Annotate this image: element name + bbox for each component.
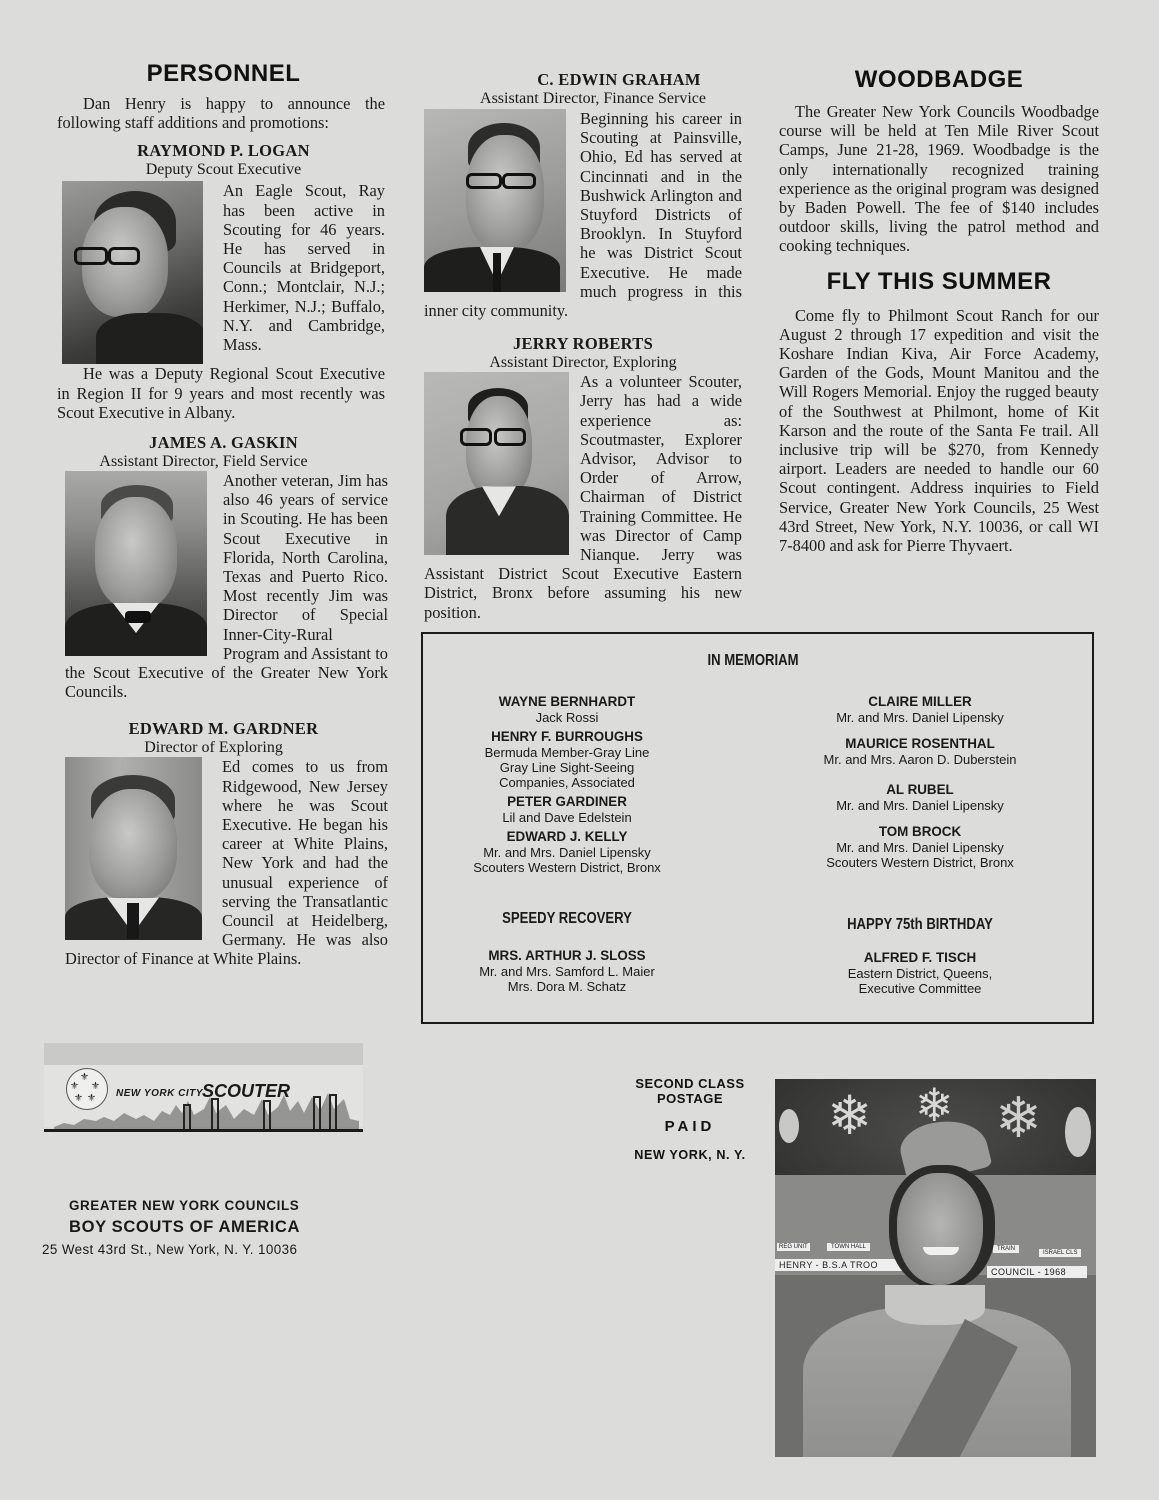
- memoriam-name: AL RUBEL: [795, 782, 1045, 798]
- speedy-recovery-section: SPEEDY RECOVERY MRS. ARTHUR J. SLOSS Mr.…: [449, 910, 685, 994]
- speedy-recovery-donor: Mrs. Dora M. Schatz: [449, 979, 685, 994]
- memoriam-entry: EDWARD J. KELLY Mr. and Mrs. Daniel Lipe…: [449, 829, 685, 875]
- right-column: WOODBADGE The Greater New York Councils …: [779, 66, 1099, 555]
- memoriam-donor: Mr. and Mrs. Daniel Lipensky: [795, 840, 1045, 855]
- postage-line2: POSTAGE: [620, 1091, 760, 1106]
- woodbadge-title: WOODBADGE: [779, 66, 1099, 94]
- birthday-detail: Eastern District, Queens,: [795, 966, 1045, 981]
- memoriam-donor: Bermuda Member-Gray Line: [449, 745, 685, 760]
- speedy-recovery-title: SPEEDY RECOVERY: [470, 910, 664, 928]
- fly-this-summer-title: FLY THIS SUMMER: [779, 268, 1099, 296]
- person-edwin-graham: C. EDWIN GRAHAM Assistant Director, Fina…: [424, 70, 742, 320]
- memoriam-box: IN MEMORIAM WAYNE BERNHARDT Jack Rossi H…: [421, 632, 1094, 1024]
- postage-indicia: SECOND CLASS POSTAGE PAID NEW YORK, N. Y…: [620, 1076, 760, 1162]
- photo-edward-gardner: [65, 757, 202, 940]
- maple-leaf-icon: ❄: [827, 1089, 872, 1143]
- memoriam-donor: Jack Rossi: [449, 710, 685, 725]
- sign-right-small-1: TRAIN: [993, 1245, 1019, 1253]
- sign-left-small-2: TOWN HALL: [827, 1243, 870, 1251]
- skyline-icon: [44, 1091, 363, 1131]
- memoriam-title: IN MEMORIAM: [646, 652, 859, 670]
- person-name: JERRY ROBERTS: [424, 334, 742, 353]
- woodbadge-body: The Greater New York Councils Wood­badge…: [779, 102, 1099, 256]
- memoriam-entry: PETER GARDINER Lil and Dave Edelstein: [449, 794, 685, 825]
- sign-left-small-1: REG UNIT: [777, 1243, 810, 1251]
- personnel-title: PERSONNEL: [42, 60, 405, 88]
- person-bio: An Eagle Scout, Ray has been active in S…: [223, 181, 385, 354]
- birthday-detail: Executive Committee: [795, 981, 1045, 996]
- org-line2: BOY SCOUTS OF AMERICA: [69, 1217, 370, 1237]
- photo-james-gaskin: [65, 471, 207, 656]
- memoriam-right-list: CLAIRE MILLER Mr. and Mrs. Daniel Lipens…: [795, 694, 1045, 879]
- person-james-gaskin: JAMES A. GASKIN Assistant Director, Fiel…: [62, 433, 385, 701]
- memoriam-donor: Lil and Dave Edelstein: [449, 810, 685, 825]
- memoriam-donor: Gray Line Sight-Seeing: [449, 760, 685, 775]
- memoriam-name: EDWARD J. KELLY: [449, 829, 685, 845]
- sign-right-small-2: ISRAEL CLS: [1039, 1249, 1081, 1257]
- person-role: Deputy Scout Executive: [62, 160, 385, 179]
- scout-photo: ❄ ❄ ❄ REG UNIT TOWN HALL HENRY - B.S.A T…: [775, 1079, 1096, 1457]
- person-bio-continued: He was a Deputy Regional Scout Execu­tiv…: [57, 364, 385, 422]
- memoriam-donor: Mr. and Mrs. Daniel Lipensky: [449, 845, 685, 860]
- memoriam-donor: Mr. and Mrs. Daniel Lipensky: [795, 798, 1045, 813]
- speedy-recovery-name: MRS. ARTHUR J. SLOSS: [449, 948, 685, 964]
- memoriam-name: CLAIRE MILLER: [795, 694, 1045, 710]
- memoriam-entry: MAURICE ROSENTHAL Mr. and Mrs. Aaron D. …: [795, 736, 1045, 767]
- memoriam-donor: Scouters Western District, Bronx: [449, 860, 685, 875]
- person-role: Assistant Director, Field Service: [22, 452, 385, 471]
- memoriam-name: TOM BROCK: [795, 824, 1045, 840]
- mailing-block: GREATER NEW YORK COUNCILS BOY SCOUTS OF …: [30, 1198, 370, 1257]
- memoriam-entry: TOM BROCK Mr. and Mrs. Daniel Lipensky S…: [795, 824, 1045, 870]
- person-name: EDWARD M. GARDNER: [62, 719, 385, 738]
- middle-column: C. EDWIN GRAHAM Assistant Director, Fina…: [424, 70, 742, 622]
- memoriam-entry: AL RUBEL Mr. and Mrs. Daniel Lipensky: [795, 782, 1045, 813]
- person-name: RAYMOND P. LOGAN: [62, 141, 385, 160]
- personnel-intro: Dan Henry is happy to announce the follo…: [57, 94, 385, 132]
- photo-edwin-graham: [424, 109, 566, 292]
- photo-jerry-roberts: [424, 372, 569, 555]
- sign-left: HENRY - B.S.A TROO: [775, 1259, 907, 1271]
- person-role: Assistant Director, Finance Service: [434, 89, 752, 108]
- memoriam-name: HENRY F. BURROUGHS: [449, 729, 685, 745]
- memoriam-name: WAYNE BERNHARDT: [449, 694, 685, 710]
- postage-paid: PAID: [620, 1118, 760, 1135]
- personnel-column: PERSONNEL Dan Henry is happy to announce…: [62, 60, 385, 969]
- person-edward-gardner: EDWARD M. GARDNER Director of Exploring …: [62, 701, 385, 968]
- postage-city: NEW YORK, N. Y.: [612, 1148, 768, 1162]
- person-jerry-roberts: JERRY ROBERTS Assistant Director, Explor…: [424, 320, 742, 622]
- birthday-section: HAPPY 75th BIRTHDAY ALFRED F. TISCH East…: [795, 916, 1045, 996]
- memoriam-name: MAURICE ROSENTHAL: [795, 736, 1045, 752]
- memoriam-donor: Companies, Associated: [449, 775, 685, 790]
- memoriam-donor: Scouters Western District, Bronx: [795, 855, 1045, 870]
- speedy-recovery-donor: Mr. and Mrs. Samford L. Maier: [449, 964, 685, 979]
- postage-line1: SECOND CLASS: [620, 1076, 760, 1091]
- person-role: Director of Exploring: [52, 738, 375, 757]
- org-line1: GREATER NEW YORK COUNCILS: [69, 1198, 370, 1213]
- memoriam-donor: Mr. and Mrs. Aaron D. Duberstein: [795, 752, 1045, 767]
- memoriam-entry: CLAIRE MILLER Mr. and Mrs. Daniel Lipens…: [795, 694, 1045, 725]
- person-name: C. EDWIN GRAHAM: [460, 70, 778, 89]
- fly-this-summer-body: Come fly to Philmont Scout Ranch for our…: [779, 306, 1099, 556]
- memoriam-name: PETER GARDINER: [449, 794, 685, 810]
- sign-right: COUNCIL - 1968: [987, 1266, 1087, 1278]
- person-name: JAMES A. GASKIN: [62, 433, 385, 452]
- scouter-masthead: ⚜ ⚜ ⚜ ⚜ ⚜ NEW YORK CITY SCOUTER: [44, 1043, 363, 1135]
- memoriam-entry: WAYNE BERNHARDT Jack Rossi: [449, 694, 685, 725]
- birthday-name: ALFRED F. TISCH: [795, 950, 1045, 966]
- memoriam-left-list: WAYNE BERNHARDT Jack Rossi HENRY F. BURR…: [449, 694, 685, 884]
- memoriam-entry: HENRY F. BURROUGHS Bermuda Member-Gray L…: [449, 729, 685, 790]
- person-raymond-logan: RAYMOND P. LOGAN Deputy Scout Executive …: [62, 141, 385, 422]
- person-role: Assistant Director, Exploring: [424, 353, 742, 372]
- org-address: 25 West 43rd St., New York, N. Y. 10036: [42, 1242, 370, 1257]
- birthday-title: HAPPY 75th BIRTHDAY: [818, 916, 1023, 934]
- memoriam-donor: Mr. and Mrs. Daniel Lipensky: [795, 710, 1045, 725]
- maple-leaf-icon: ❄: [995, 1091, 1042, 1147]
- photo-raymond-logan: [62, 181, 203, 364]
